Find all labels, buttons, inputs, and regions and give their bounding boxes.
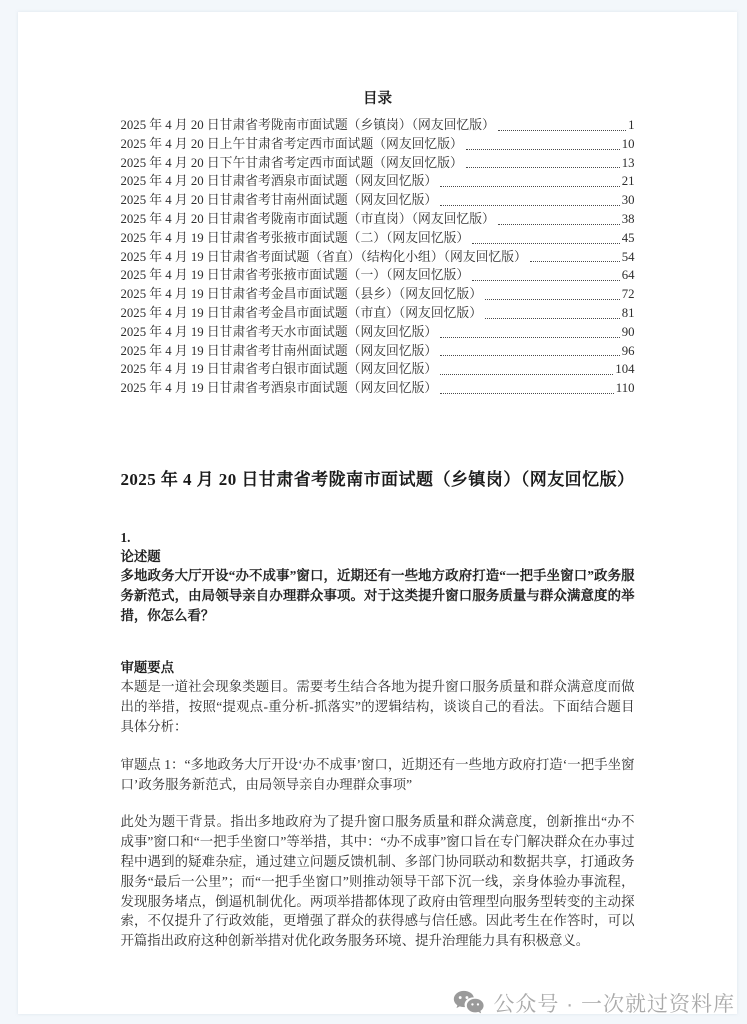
toc-dotted-leader	[440, 337, 619, 338]
toc-entry-page-number: 13	[622, 154, 635, 173]
toc-entry: 2025 年 4 月 20 日下午甘肃省考定西市面试题（网友回忆版）13	[121, 154, 635, 173]
toc-dotted-leader	[466, 149, 620, 150]
question-text: 多地政务大厅开设“办不成事”窗口，近期还有一些地方政府打造“一把手坐窗口”政务服…	[121, 566, 635, 625]
document-page: 目录 2025 年 4 月 20 日甘肃省考陇南市面试题（乡镇岗）（网友回忆版）…	[18, 12, 737, 1014]
toc-dotted-leader	[498, 224, 620, 225]
toc-entry-page-number: 54	[622, 248, 635, 267]
toc-entry-label: 2025 年 4 月 20 日甘肃省考酒泉市面试题（网友回忆版）	[121, 172, 438, 191]
toc-entry-label: 2025 年 4 月 19 日甘肃省考面试题（省直）（结构化小组）（网友回忆版）	[121, 248, 527, 267]
watermark-footer: 公众号 · 一次就过资料库	[453, 988, 735, 1018]
toc-entry-page-number: 96	[622, 342, 635, 361]
toc-entry: 2025 年 4 月 19 日甘肃省考面试题（省直）（结构化小组）（网友回忆版）…	[121, 248, 635, 267]
toc-entry: 2025 年 4 月 19 日甘肃省考酒泉市面试题（网友回忆版）110	[121, 379, 635, 398]
toc-entry-page-number: 45	[622, 229, 635, 248]
toc-entry: 2025 年 4 月 20 日上午甘肃省考定西市面试题（网友回忆版）10	[121, 135, 635, 154]
toc-entry-label: 2025 年 4 月 19 日甘肃省考张掖市面试题（二）（网友回忆版）	[121, 229, 470, 248]
toc-title: 目录	[121, 90, 635, 108]
toc-dotted-leader	[440, 355, 619, 356]
toc-entry: 2025 年 4 月 20 日甘肃省考陇南市面试题（乡镇岗）（网友回忆版）1	[121, 116, 635, 135]
toc-dotted-leader	[466, 167, 620, 168]
toc-entry-page-number: 38	[622, 210, 635, 229]
toc-entry: 2025 年 4 月 20 日甘肃省考酒泉市面试题（网友回忆版）21	[121, 172, 635, 191]
toc-entry-label: 2025 年 4 月 19 日甘肃省考张掖市面试题（一）（网友回忆版）	[121, 266, 470, 285]
toc-entry-page-number: 104	[615, 360, 634, 379]
toc-dotted-leader	[440, 374, 613, 375]
toc-entry-label: 2025 年 4 月 20 日甘肃省考陇南市面试题（市直岗）（网友回忆版）	[121, 210, 495, 229]
toc-dotted-leader	[485, 318, 620, 319]
section-title: 2025 年 4 月 20 日甘肃省考陇南市面试题（乡镇岗）（网友回忆版）	[121, 468, 635, 492]
toc-entry-label: 2025 年 4 月 19 日甘肃省考金昌市面试题（县乡）（网友回忆版）	[121, 285, 483, 304]
toc-entry: 2025 年 4 月 20 日甘肃省考甘南州面试题（网友回忆版）30	[121, 191, 635, 210]
toc-dotted-leader	[472, 243, 619, 244]
toc-dotted-leader	[530, 261, 620, 262]
toc-dotted-leader	[498, 130, 626, 131]
toc-entry: 2025 年 4 月 19 日甘肃省考张掖市面试题（一）（网友回忆版）64	[121, 266, 635, 285]
toc-entry-label: 2025 年 4 月 19 日甘肃省考甘南州面试题（网友回忆版）	[121, 342, 438, 361]
toc-entry: 2025 年 4 月 20 日甘肃省考陇南市面试题（市直岗）（网友回忆版）38	[121, 210, 635, 229]
question-number: 1.	[121, 528, 635, 547]
toc-entry: 2025 年 4 月 19 日甘肃省考张掖市面试题（二）（网友回忆版）45	[121, 229, 635, 248]
toc-entry-page-number: 81	[622, 304, 635, 323]
toc-entry-label: 2025 年 4 月 20 日上午甘肃省考定西市面试题（网友回忆版）	[121, 135, 463, 154]
toc-entry-page-number: 30	[622, 191, 635, 210]
toc-entry-label: 2025 年 4 月 19 日甘肃省考天水市面试题（网友回忆版）	[121, 323, 438, 342]
toc-entry: 2025 年 4 月 19 日甘肃省考金昌市面试题（县乡）（网友回忆版）72	[121, 285, 635, 304]
toc-entry-label: 2025 年 4 月 19 日甘肃省考金昌市面试题（市直）（网友回忆版）	[121, 304, 483, 323]
toc-entry: 2025 年 4 月 19 日甘肃省考金昌市面试题（市直）（网友回忆版）81	[121, 304, 635, 323]
toc-entry-label: 2025 年 4 月 19 日甘肃省考酒泉市面试题（网友回忆版）	[121, 379, 438, 398]
toc-dotted-leader	[440, 393, 614, 394]
toc-list: 2025 年 4 月 20 日甘肃省考陇南市面试题（乡镇岗）（网友回忆版）120…	[121, 116, 635, 398]
toc-entry-page-number: 72	[622, 285, 635, 304]
toc-dotted-leader	[472, 280, 619, 281]
analysis-point1-detail-paragraph: 此处为题干背景。指出多地政府为了提升窗口服务质量和群众满意度，创新推出“办不成事…	[121, 812, 635, 951]
toc-entry: 2025 年 4 月 19 日甘肃省考甘南州面试题（网友回忆版）96	[121, 342, 635, 361]
watermark-label: 公众号 · 一次就过资料库	[493, 988, 735, 1018]
analysis-point1-paragraph: 审题点 1：“多地政务大厅开设‘办不成事’窗口，近期还有一些地方政府打造‘一把手…	[121, 755, 635, 795]
toc-entry: 2025 年 4 月 19 日甘肃省考天水市面试题（网友回忆版）90	[121, 323, 635, 342]
toc-dotted-leader	[440, 205, 619, 206]
toc-dotted-leader	[440, 186, 619, 187]
toc-entry-page-number: 21	[622, 172, 635, 191]
wechat-icon	[453, 990, 484, 1016]
toc-entry-page-number: 90	[622, 323, 635, 342]
question-type-label: 论述题	[121, 547, 635, 566]
toc-entry-label: 2025 年 4 月 20 日甘肃省考甘南州面试题（网友回忆版）	[121, 191, 438, 210]
toc-dotted-leader	[485, 299, 620, 300]
toc-entry-label: 2025 年 4 月 20 日甘肃省考陇南市面试题（乡镇岗）（网友回忆版）	[121, 116, 495, 135]
toc-entry-page-number: 64	[622, 266, 635, 285]
toc-entry-page-number: 1	[628, 116, 634, 135]
toc-entry-label: 2025 年 4 月 19 日甘肃省考白银市面试题（网友回忆版）	[121, 360, 438, 379]
toc-entry-page-number: 10	[622, 135, 635, 154]
page-content: 目录 2025 年 4 月 20 日甘肃省考陇南市面试题（乡镇岗）（网友回忆版）…	[121, 12, 635, 951]
analysis-heading: 审题要点	[121, 658, 635, 677]
toc-entry-page-number: 110	[616, 379, 635, 398]
toc-entry-label: 2025 年 4 月 20 日下午甘肃省考定西市面试题（网友回忆版）	[121, 154, 463, 173]
toc-entry: 2025 年 4 月 19 日甘肃省考白银市面试题（网友回忆版）104	[121, 360, 635, 379]
analysis-intro-paragraph: 本题是一道社会现象类题目。需要考生结合各地为提升窗口服务质量和群众满意度而做出的…	[121, 677, 635, 736]
